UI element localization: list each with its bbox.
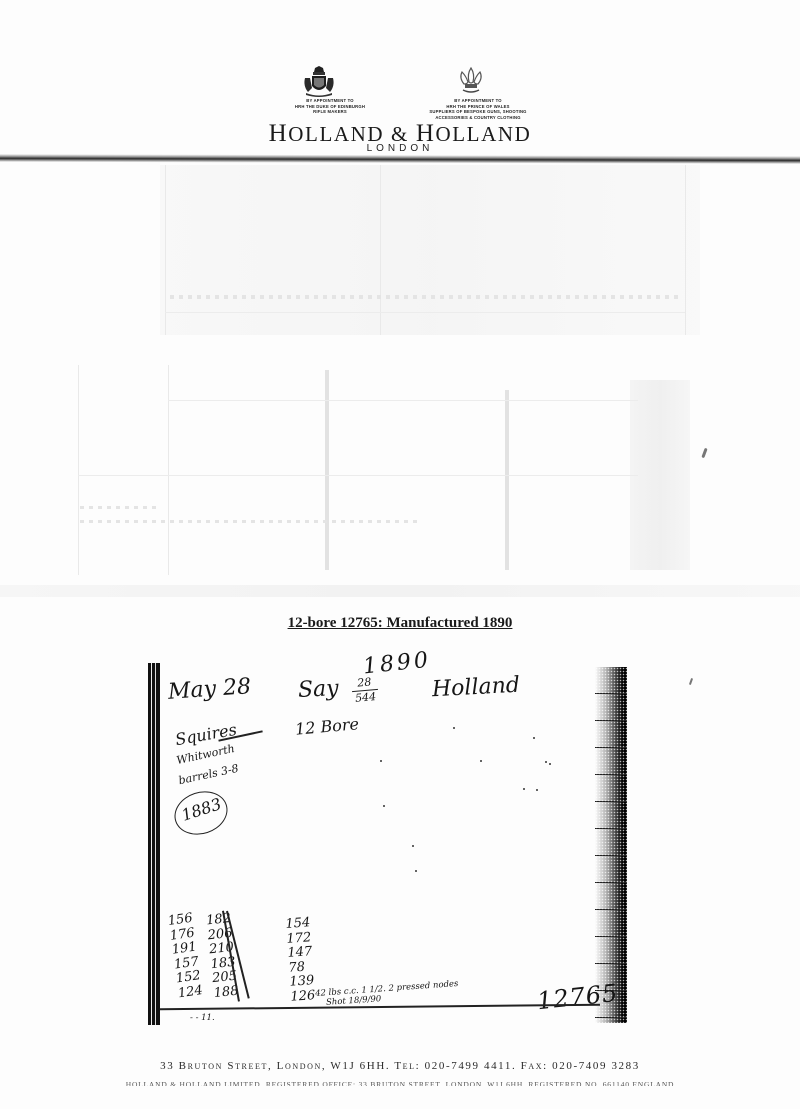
ledger-proof-note: 42 lbs c.c. 1 1/2. 2 pressed nodes <box>315 979 459 999</box>
ledger-rule <box>160 1004 600 1011</box>
ledger-number: 126 <box>290 989 316 1005</box>
company-address: 33 Bruton Street, London, W1J 6HH. Tel: … <box>0 1060 800 1072</box>
left-warrant-text: By appointment to HRH the Duke of Edinbu… <box>260 98 400 115</box>
ledger-caption: 12-bore 12765: Manufactured 1890 <box>0 615 800 632</box>
company-registration: HOLLAND & HOLLAND LIMITED. REGISTERED OF… <box>0 1079 800 1086</box>
ink-speck <box>533 737 535 739</box>
ledger-day-label: Say <box>297 676 339 703</box>
ledger-date: May 28 <box>167 674 252 705</box>
ink-speck <box>453 727 455 729</box>
ink-speck <box>383 805 385 807</box>
prince-of-wales-feathers-icon <box>456 66 486 96</box>
ledger-column-3: 154172147 78139126 <box>285 916 316 1005</box>
ink-speck <box>536 789 538 791</box>
ledger-year: 1890 <box>362 648 432 680</box>
warrant-line: Rifle makers <box>260 109 400 115</box>
ledger-number: 147 <box>287 945 313 961</box>
ledger-number: 124 <box>177 983 204 1001</box>
ink-speck <box>412 845 414 847</box>
ledger-scan: 1890 May 28 Say 28 544 Holland 12 Bore S… <box>140 655 630 1025</box>
ledger-bore: 12 Bore <box>294 714 359 739</box>
ink-speck <box>480 760 482 762</box>
ledger-column-1: 156176191 157152124 <box>167 912 204 1002</box>
ink-speck <box>545 761 547 763</box>
ledger-maker: Holland <box>431 673 520 703</box>
right-warrant-text: By appointment to HRH the Prince of Wale… <box>403 98 553 120</box>
ink-speck <box>523 788 525 790</box>
fraction-bottom: 544 <box>355 690 377 705</box>
ledger-below-line-mark: - - 11. <box>190 1013 215 1023</box>
royal-arms-crest-icon <box>302 66 336 98</box>
ledger-column-2: 182206210 183205188 <box>206 912 240 1001</box>
fraction-top: 28 <box>357 675 372 689</box>
margin-note-line: barrels 3-8 <box>177 762 239 787</box>
ink-smudge <box>689 678 693 685</box>
ink-speck <box>549 763 551 765</box>
ink-speck <box>415 870 417 872</box>
brand-city: LONDON <box>0 143 800 154</box>
ink-speck <box>380 760 382 762</box>
ledger-fraction: 28 544 <box>351 676 379 705</box>
ink-smudge <box>701 448 707 458</box>
paper-fold-shadow <box>0 154 800 164</box>
ledger-left-binding <box>148 663 160 1025</box>
ledger-right-binding <box>595 667 627 1023</box>
